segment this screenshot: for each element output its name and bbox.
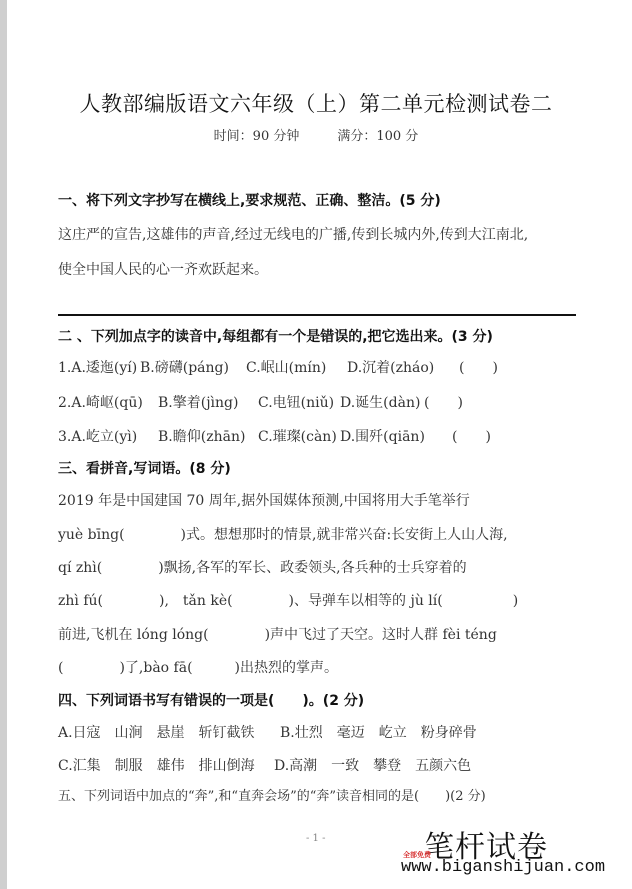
answer-blank: ( ) (452, 426, 491, 446)
option-b: B.磅礴(páng) (140, 357, 246, 377)
section2-heading: 二 、下列加点字的读音中,每组都有一个是错误的,把它选出来。(3 分) (58, 326, 493, 346)
section2-question-2: 2.A.崎岖(qū)B.擎着(jìng)C.电钮(niǔ)D.诞生(dàn)( … (58, 392, 463, 412)
option-a: A.日寇 山涧 悬崖 斩钉截铁 (58, 722, 280, 742)
section3-line: qí zhì( )飘扬,各军的军长、政委领头,各兵种的士兵穿着的 (58, 557, 467, 577)
section4-options-row2: C.汇集 制服 雄伟 排山倒海D.高潮 一致 攀登 五颜六色 (58, 755, 471, 775)
section3-line: zhì fú( ), tǎn kè( )、导弹车以相等的 jù lí( ) (58, 590, 518, 610)
section3-line: ( )了,bào fā( )出热烈的掌声。 (58, 657, 338, 677)
section1-heading: 一、将下列文字抄写在横线上,要求规范、正确、整洁。(5 分) (58, 190, 441, 210)
section3-heading: 三、看拼音,写词语。(8 分) (58, 458, 231, 478)
section1-text-line1: 这庄严的宣告,这雄伟的声音,经过无线电的广播,传到长城内外,传到大江南北, (58, 224, 528, 244)
option-a: 3.A.屹立(yì) (58, 426, 158, 446)
answer-blank: ( ) (424, 392, 463, 412)
section3-line: 前进,飞机在 lóng lóng( )声中飞过了天空。这时人群 fèi téng (58, 624, 497, 644)
section1-text-line2: 使全中国人民的心一齐欢跃起来。 (58, 259, 268, 279)
page-number: - 1 - (306, 833, 325, 844)
page-title: 人教部编版语文六年级（上）第二单元检测试卷二 (0, 88, 632, 118)
writing-line (58, 314, 576, 316)
answer-blank: ( ) (459, 357, 498, 377)
option-b: B.瞻仰(zhān) (158, 426, 258, 446)
option-c: C.璀璨(càn) (258, 426, 340, 446)
section3-line: 2019 年是中国建国 70 周年,据外国媒体预测,中国将用大手笔举行 (58, 490, 470, 510)
section3-line: yuè bīng( )式。想想那时的情景,就非常兴奋:长安街上人山人海, (58, 524, 508, 544)
option-c: C.岷山(mín) (246, 357, 347, 377)
option-b: B.擎着(jìng) (158, 392, 258, 412)
option-d: D.诞生(dàn) (340, 392, 424, 412)
section5-heading: 五、下列词语中加点的“奔”,和“直奔会场”的“奔”读音相同的是( )(2 分) (58, 785, 486, 804)
option-a: 1.A.逶迤(yí) (58, 357, 140, 377)
option-c: C.汇集 制服 雄伟 排山倒海 (58, 755, 274, 775)
option-d: D.沉着(zháo) (347, 357, 459, 377)
section2-question-1: 1.A.逶迤(yí)B.磅礴(páng)C.岷山(mín)D.沉着(zháo)(… (58, 357, 498, 377)
exam-meta: 时间：90 分钟满分：100 分 (0, 125, 632, 144)
option-d: D.高潮 一致 攀登 五颜六色 (274, 755, 471, 775)
section4-heading: 四、下列词语书写有错误的一项是( )。(2 分) (58, 690, 364, 710)
option-b: B.壮烈 毫迈 屹立 粉身碎骨 (280, 722, 477, 742)
section4-options-row1: A.日寇 山涧 悬崖 斩钉截铁B.壮烈 毫迈 屹立 粉身碎骨 (58, 722, 477, 742)
option-d: D.围歼(qiān) (340, 426, 452, 446)
exam-time: 时间：90 分钟 (214, 129, 300, 144)
option-c: C.电钮(niǔ) (258, 392, 340, 412)
section2-question-3: 3.A.屹立(yì)B.瞻仰(zhān)C.璀璨(càn)D.围歼(qiān)(… (58, 426, 491, 446)
watermark-url: www.biganshijuan.com (401, 858, 605, 877)
option-a: 2.A.崎岖(qū) (58, 392, 158, 412)
exam-score: 满分：100 分 (337, 129, 418, 144)
